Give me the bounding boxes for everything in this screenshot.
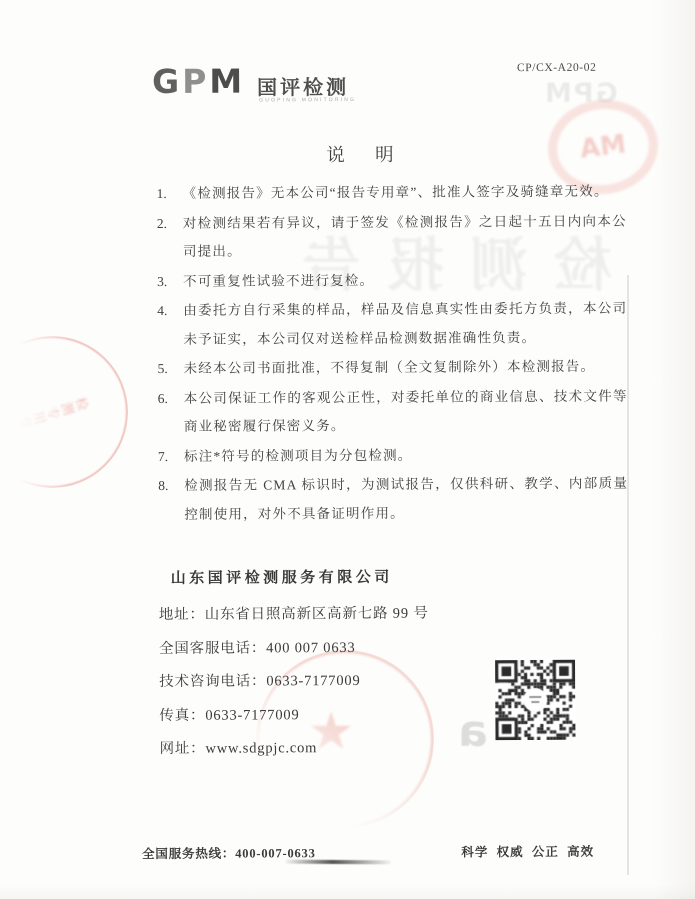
note-number: 4. [157,297,183,326]
logo-name-en: GUOPING MONITORING [259,97,356,104]
page-footer: 全国服务热线：400-007-0633 科学 权威 公正 高效 [142,842,594,862]
company-service-phone: 全国客服电话：400 007 0633 [159,631,429,666]
footer-hotline: 全国服务热线：400-007-0633 [142,843,316,862]
note-text: 《检测报告》无本公司“报告专用章”、批准人签字及骑缝章无效。 [183,178,627,209]
company-name: 山东国评检测服务有限公司 [171,566,429,588]
note-item: 2. 对检测结果若有异议，请于签发《检测报告》之日起十五日内向本公司提出。 [157,207,629,266]
note-number: 6. [158,384,184,413]
note-item: 6. 本公司保证工作的客观公正性，对委托单位的商业信息、技术文件等商业秘密履行保… [158,382,630,441]
scanned-document-page: 检测报告 GPM MA a 检测专用章 ★ GPM 国评检测 GUOPING M… [0,0,695,899]
note-text: 检测报告无 CMA 标识时，为测试报告，仅供科研、教学、内部质量控制使用，对外不… [184,470,628,529]
footer-slogan: 科学 权威 公正 高效 [461,842,594,861]
note-text: 对检测结果若有异议，请于签发《检测报告》之日起十五日内向本公司提出。 [183,207,627,266]
qr-code [495,660,575,740]
note-number: 7. [158,442,184,471]
company-fax: 传真：0633-7177009 [159,698,429,733]
note-text: 未经本公司书面批准，不得复制（全文复制除外）本检测报告。 [184,353,628,384]
note-item: 8. 检测报告无 CMA 标识时，为测试报告，仅供科研、教学、内部质量控制使用，… [158,470,630,529]
note-number: 2. [157,209,183,238]
company-tech-phone: 技术咨询电话：0633-7177009 [159,665,429,700]
note-text: 本公司保证工作的客观公正性，对委托单位的商业信息、技术文件等商业秘密履行保密义务… [184,382,628,441]
note-number: 3. [157,267,183,296]
note-number: 8. [158,472,184,501]
company-address: 地址：山东省日照高新区高新七路 99 号 [159,598,429,633]
page-title: 说 明 [0,139,695,169]
note-text: 不可重复性试验不进行复检。 [183,265,627,296]
note-item: 5. 未经本公司书面批准，不得复制（全文复制除外）本检测报告。 [158,353,630,384]
gpm-logo: GPM [152,65,245,99]
note-item: 7. 标注*符号的检测项目为分包检测。 [158,440,630,471]
note-number: 5. [158,355,184,384]
company-info: 山东国评检测服务有限公司 地址：山东省日照高新区高新七路 99 号 全国客服电话… [159,566,430,767]
logo-name-cn: 国评检测 [257,71,349,100]
note-item: 3. 不可重复性试验不进行复检。 [157,265,629,296]
note-text: 标注*符号的检测项目为分包检测。 [184,440,628,471]
note-item: 4. 由委托方自行采集的样品，样品及信息真实性由委托方负责，本公司未予证实，本公… [157,295,629,354]
note-number: 1. [157,180,183,209]
company-website: 网址：www.sdgpjc.com [159,732,429,767]
notes-list: 1. 《检测报告》无本公司“报告专用章”、批准人签字及骑缝章无效。 2. 对检测… [157,178,631,530]
note-text: 由委托方自行采集的样品，样品及信息真实性由委托方负责，本公司未予证实，本公司仅对… [183,295,627,354]
note-item: 1. 《检测报告》无本公司“报告专用章”、批准人签字及骑缝章无效。 [157,178,629,209]
document-code: CP/CX-A20-02 [517,62,596,74]
